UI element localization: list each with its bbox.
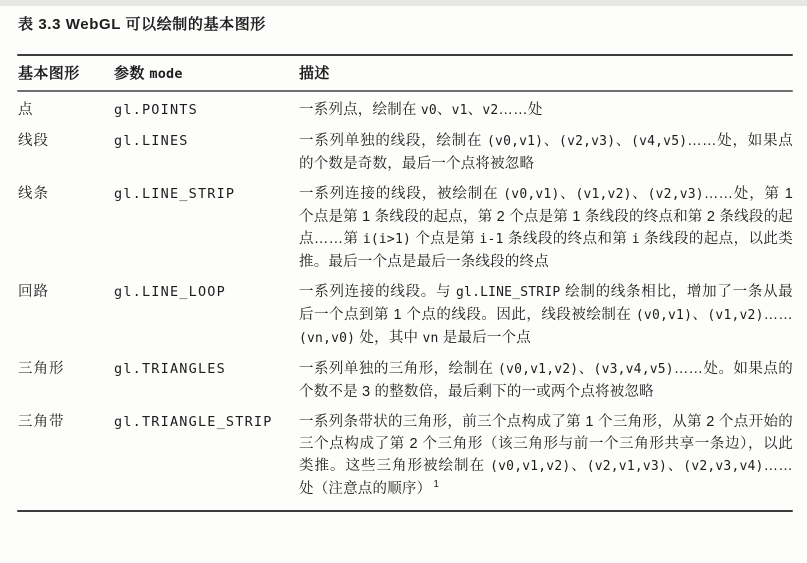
text-run: 、	[615, 133, 631, 149]
text-run: ……	[764, 307, 793, 323]
mode-cell: gl.LINE_STRIP	[114, 183, 299, 273]
inline-code: (v2,v3,v4)	[683, 459, 763, 474]
text-run: ……处	[498, 102, 542, 118]
table-row: 三角带 gl.TRIANGLE_STRIP 一系列条带状的三角形，前三个点构成了…	[18, 411, 793, 500]
text-run: 个点是第	[411, 231, 479, 247]
desc-cell: 一系列单独的三角形，绘制在 (v0,v1,v2)、(v3,v4,v5)……处。如…	[299, 358, 793, 403]
inline-code: gl.LINE_STRIP	[456, 285, 560, 300]
mode-cell: gl.LINES	[114, 130, 299, 175]
column-header-shape: 基本图形	[18, 62, 114, 83]
text-run: 参数	[114, 65, 149, 82]
shape-cell: 线条	[18, 183, 114, 273]
text-run: 、	[468, 102, 483, 118]
text-run: 一系列单独的线段，绘制在	[299, 133, 487, 149]
scan-edge-artifact	[0, 0, 807, 6]
inline-code: (v2,v1,v3)	[587, 459, 667, 474]
inline-code: mode	[149, 66, 182, 82]
text-run: 基本图形	[18, 65, 80, 82]
table-bottom-rule	[17, 510, 793, 512]
table-row: 回路 gl.LINE_LOOP 一系列连接的线段。与 gl.LINE_STRIP…	[18, 281, 793, 350]
inline-code: (v4,v5)	[631, 134, 687, 149]
text-run: 、	[667, 458, 683, 474]
footnote-marker: 1	[433, 479, 439, 490]
inline-code: (v1,v2)	[575, 187, 631, 202]
inline-code: v2	[482, 103, 498, 118]
inline-code: (v0,v1,v2)	[498, 362, 578, 377]
shape-cell: 三角形	[18, 358, 114, 403]
inline-code: (v1,v2)	[707, 308, 763, 323]
inline-code: (v2,v3)	[648, 187, 704, 202]
inline-code: (v3,v4,v5)	[594, 362, 674, 377]
text-run: 、	[692, 307, 707, 323]
text-run: 一系列连接的线段，被绘制在	[299, 186, 503, 202]
text-run: 、	[543, 133, 559, 149]
inline-code: (v0,v1)	[636, 308, 692, 323]
inline-code: v1	[452, 103, 468, 118]
mode-cell: gl.TRIANGLES	[114, 358, 299, 403]
text-run: 是最后一个点	[439, 330, 531, 346]
text-run: 、	[559, 186, 575, 202]
table-row: 三角形 gl.TRIANGLES 一系列单独的三角形，绘制在 (v0,v1,v2…	[18, 358, 793, 403]
text-run: 一系列连接的线段。与	[299, 284, 456, 300]
text-run: 、	[437, 102, 452, 118]
inline-code: (v0,v1)	[503, 187, 559, 202]
table-row: 点 gl.POINTS 一系列点，绘制在 v0、v1、v2……处	[18, 99, 793, 122]
inline-code: i-1	[480, 232, 504, 247]
text-run: 条线段的终点和第	[504, 231, 632, 247]
table-body: 点 gl.POINTS 一系列点，绘制在 v0、v1、v2……处 线段 gl.L…	[17, 92, 793, 510]
shape-cell: 点	[18, 99, 114, 122]
desc-cell: 一系列连接的线段。与 gl.LINE_STRIP 绘制的线条相比，增加了一条从最…	[299, 281, 793, 350]
table-title: 表 3.3 WebGL 可以绘制的基本图形	[18, 13, 266, 34]
inline-code: (v2,v3)	[559, 134, 615, 149]
desc-cell: 一系列点，绘制在 v0、v1、v2……处	[299, 99, 793, 122]
text-run: 、	[570, 458, 586, 474]
column-header-mode: 参数 mode	[114, 62, 299, 83]
inline-code: v0	[421, 103, 437, 118]
book-page: 表 3.3 WebGL 可以绘制的基本图形 基本图形参数 mode描述 点 gl…	[0, 0, 807, 563]
inline-code: i(i>1)	[363, 232, 411, 247]
shape-cell: 线段	[18, 130, 114, 175]
shape-cell: 回路	[18, 281, 114, 350]
desc-cell: 一系列连接的线段，被绘制在 (v0,v1)、(v1,v2)、(v2,v3)……处…	[299, 183, 793, 273]
text-run: 、	[632, 186, 648, 202]
mode-cell: gl.LINE_LOOP	[114, 281, 299, 350]
shape-cell: 三角带	[18, 411, 114, 500]
primitives-table: 基本图形参数 mode描述 点 gl.POINTS 一系列点，绘制在 v0、v1…	[17, 54, 793, 512]
inline-code: vn	[422, 331, 438, 346]
desc-cell: 一系列单独的线段，绘制在 (v0,v1)、(v2,v3)、(v4,v5)……处，…	[299, 130, 793, 175]
text-run: 处，其中	[355, 330, 422, 346]
desc-cell: 一系列条带状的三角形，前三个点构成了第 1 个三角形，从第 2 个点开始的三个点…	[299, 411, 793, 500]
text-run: 、	[578, 361, 593, 377]
text-run: 描述	[299, 65, 330, 82]
table-row: 线条 gl.LINE_STRIP 一系列连接的线段，被绘制在 (v0,v1)、(…	[18, 183, 793, 273]
inline-code: i	[632, 232, 640, 247]
inline-code: (vn,v0)	[299, 331, 355, 346]
text-run: 一系列点，绘制在	[299, 102, 421, 118]
inline-code: (v0,v1,v2)	[490, 459, 570, 474]
inline-code: (v0,v1)	[487, 134, 543, 149]
table-header-row: 基本图形参数 mode描述	[17, 56, 793, 90]
text-run: 一系列单独的三角形，绘制在	[299, 361, 498, 377]
mode-cell: gl.TRIANGLE_STRIP	[114, 411, 299, 500]
table-row: 线段 gl.LINES 一系列单独的线段，绘制在 (v0,v1)、(v2,v3)…	[18, 130, 793, 175]
column-header-desc: 描述	[299, 62, 793, 83]
mode-cell: gl.POINTS	[114, 99, 299, 122]
